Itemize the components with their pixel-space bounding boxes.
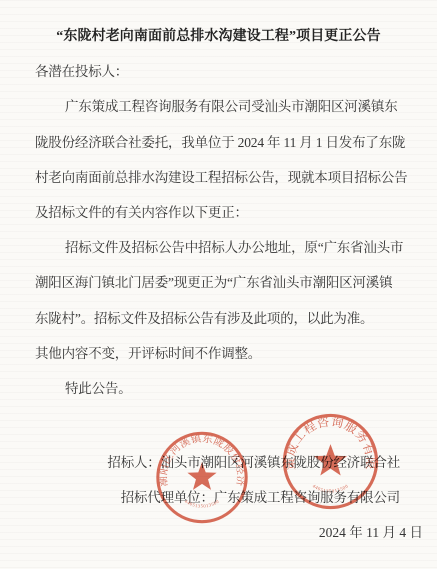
paragraph2-line3: 东陇村”。招标文件及招标公告有涉及此项的，以此为准。 [35,301,402,336]
closing-statement: 特此公告。 [35,371,402,406]
paragraph2-line1: 招标文件及招标公告中招标人办公地址，原“广东省汕头市 [35,230,402,265]
paragraph1-line4: 及招标文件的有关内容作以下更正： [35,195,402,230]
paragraph1-line3: 村老向南面前总排水沟建设工程招标公告，现就本项目招标公告 [35,160,402,195]
svg-text:4405135013500: 4405135013500 [311,484,350,494]
paragraph1-line2: 陇股份经济联合社委托，我单位于 2024 年 11 月 1 日发布了东陇 [35,125,402,160]
paragraph2-line2: 潮阳区海门镇北门居委”现更正为“广东省汕头市潮阳区河溪镇 [35,265,402,300]
announcement-page: “东陇村老向南面前总排水沟建设工程”项目更正公告 各潜在投标人： 广东策成工程咨… [0,0,437,569]
paragraph2-line4: 其他内容不变，开评标时间不作调整。 [35,336,402,371]
seal-code-text: 4405135013500 [184,499,220,509]
seal-star-icon [314,444,347,475]
seal-code-text: 4405135013500 [311,484,350,494]
seal-star-icon [187,462,216,490]
svg-text:4405135013500: 4405135013500 [184,499,220,509]
agency-seal: 广东策成工程咨询服务有限公司 4405135013500 [281,411,380,512]
salutation: 各潜在投标人： [35,54,402,89]
tenderer-seal: 汕头市潮阳区河溪镇东陇股份经济联合社 4405135013500 [154,428,250,527]
paragraph1-line1: 广东策成工程咨询服务有限公司受汕头市潮阳区河溪镇东 [35,89,402,124]
document-body: “东陇村老向南面前总排水沟建设工程”项目更正公告 各潜在投标人： 广东策成工程咨… [35,19,402,406]
page-title: “东陇村老向南面前总排水沟建设工程”项目更正公告 [35,19,402,54]
